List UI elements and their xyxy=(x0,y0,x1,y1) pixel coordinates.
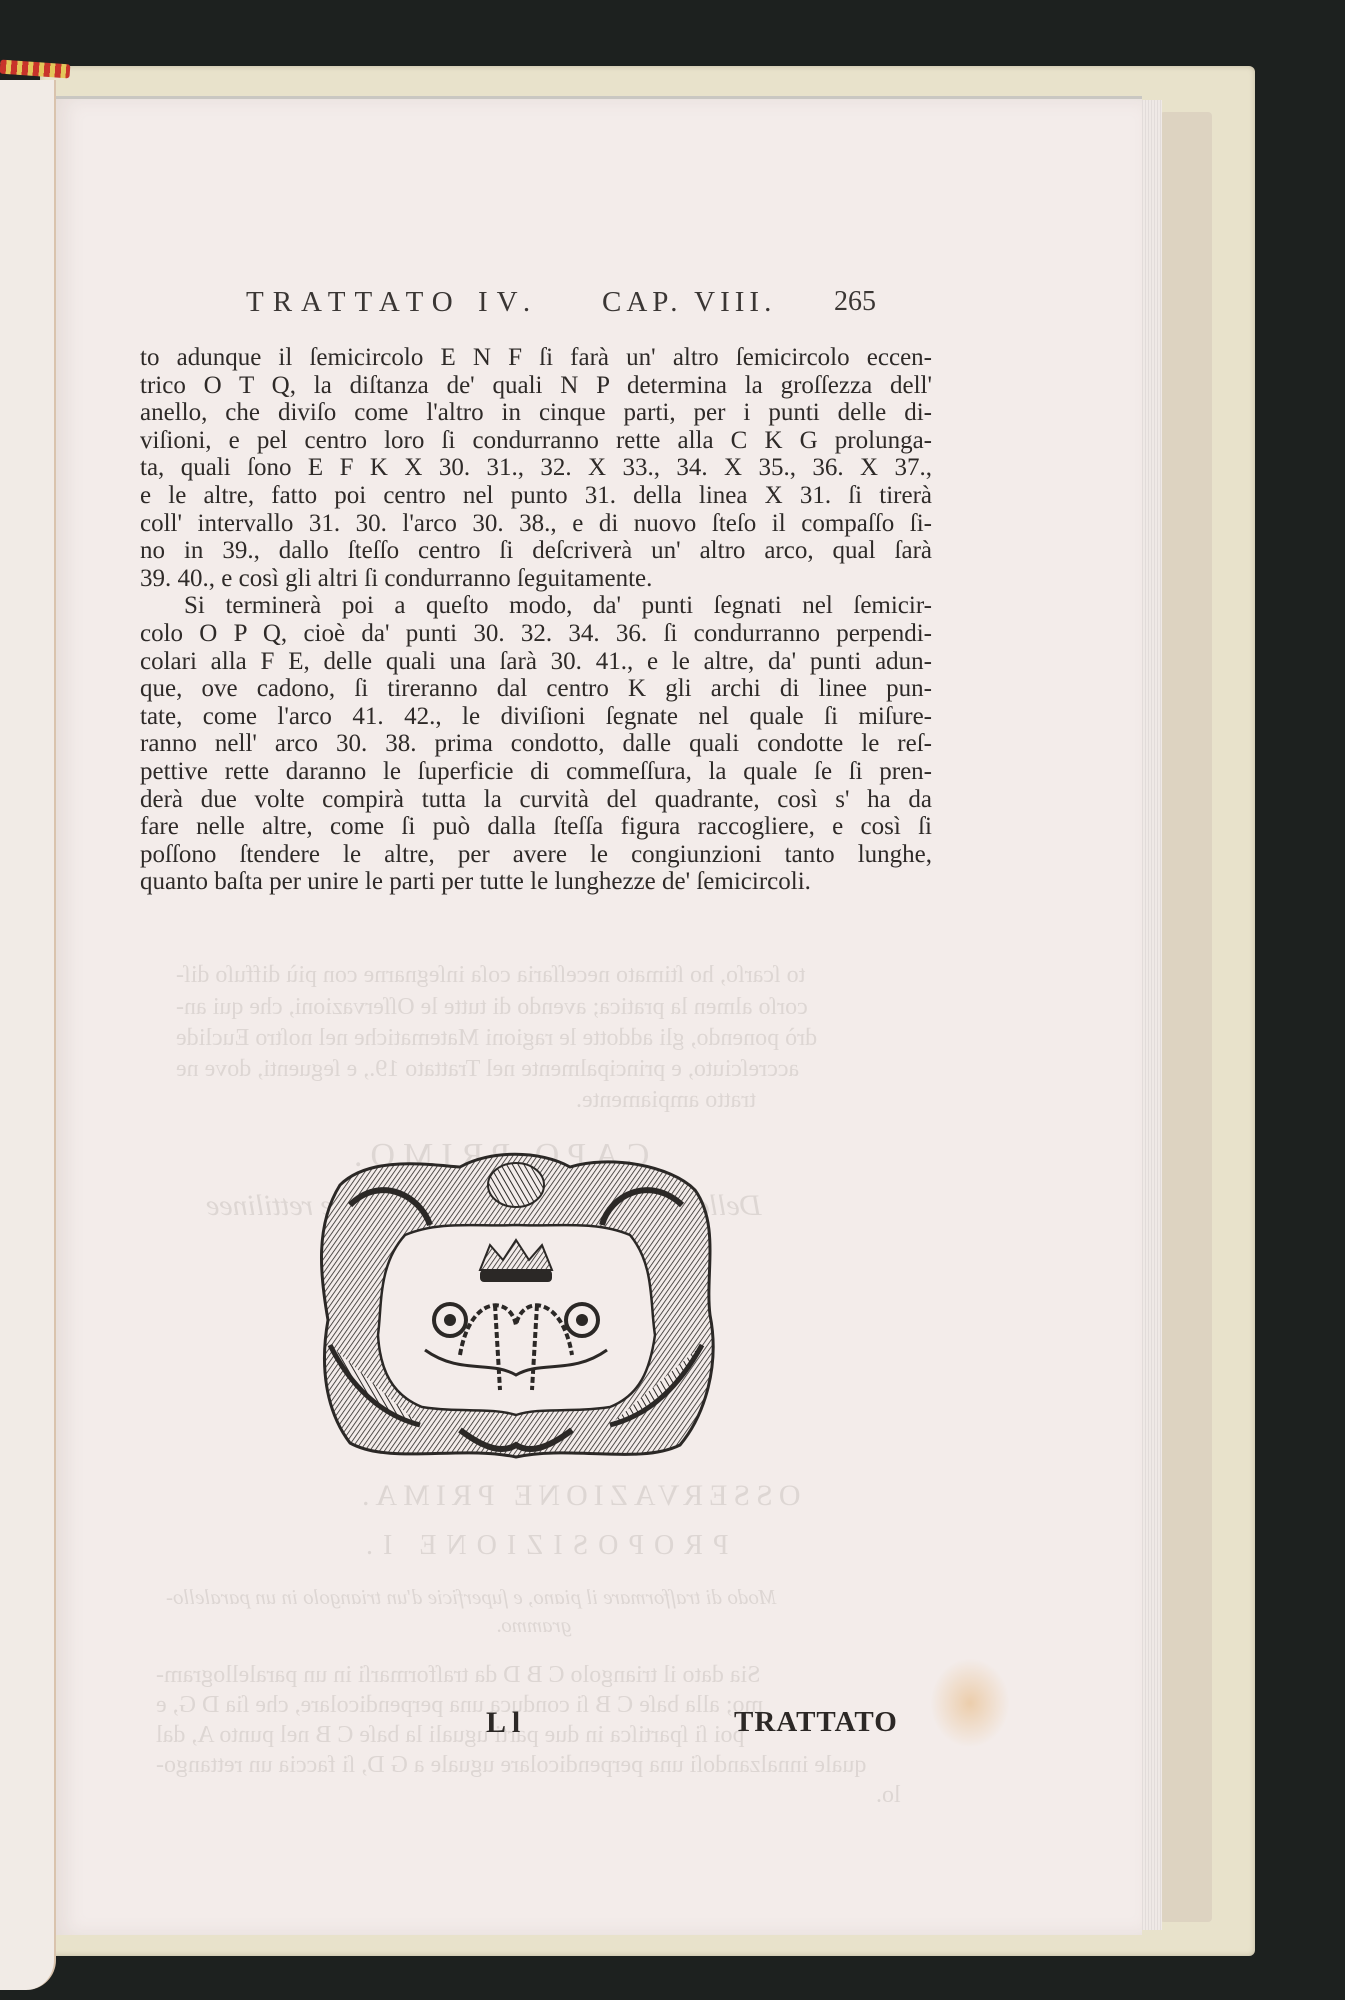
bleed-through-text: grammo. xyxy=(496,1579,592,1672)
bleed-line: quale innalzandoſi una perpendicolare ug… xyxy=(156,1752,866,1778)
bleed-through-text: Modo di traſformare il piano, e ſuperfic… xyxy=(166,1551,797,1644)
text-line: Si terminerà poi a queſto modo, da' punt… xyxy=(140,592,932,620)
bleed-line: grammo. xyxy=(496,1613,571,1637)
bleed-line: lo. xyxy=(876,1782,901,1808)
text-line: ranno nell' arco 30. 38. prima condotto,… xyxy=(140,730,932,758)
bleed-through-text: to ſcarſo, ho ſtimato neceſſaria coſa in… xyxy=(176,929,829,1022)
text-line: coll' intervallo 31. 30. l'arco 30. 38.,… xyxy=(140,510,932,538)
bleed-through-text: tratto ampiamente. xyxy=(576,1054,780,1147)
bleed-line: OSSERVAZIONE PRIMA. xyxy=(356,1479,800,1512)
text-line: derà due volte compirà tutta la curvità … xyxy=(140,786,932,814)
bleed-line: tratto ampiamente. xyxy=(576,1087,756,1113)
text-line: 39. 40., e così gli altri ſi condurranno… xyxy=(140,565,932,593)
bleed-through-text: corſo almen la pratica; avendo di tutte … xyxy=(176,961,832,1054)
text-line: colo O P Q, cioè da' punti 30. 32. 34. 3… xyxy=(140,620,932,648)
text-line: e le altre, fatto poi centro nel punto 3… xyxy=(140,482,932,510)
headband xyxy=(0,60,70,79)
bleed-line: corſo almen la pratica; avendo di tutte … xyxy=(176,994,808,1020)
page-fore-edge xyxy=(1140,100,1162,1930)
bleed-line: accreſciuto, e principalmente nel Tratta… xyxy=(176,1056,799,1082)
bleed-through-text: Sia dato il triangolo C B D da traſforma… xyxy=(156,1629,785,1722)
cartouche-icon xyxy=(310,1145,722,1467)
bleed-line: poi ſi ſpartiſca in due parti uguali la … xyxy=(156,1722,745,1748)
bleed-line: Sia dato il triangolo C B D da traſforma… xyxy=(156,1662,761,1688)
engraved-vignette-ornament xyxy=(310,1145,722,1467)
bleed-through-text: mo; alla baſe C B ſi conduca una perpend… xyxy=(156,1659,787,1752)
bleed-through-text: lo. xyxy=(876,1749,925,1842)
bleed-through-text: drò ponendo, gli addotte le ragioni Mate… xyxy=(176,992,841,1085)
paper-stain xyxy=(930,1658,1010,1748)
text-line: ta, quali ſono E F K X 30. 31., 32. X 33… xyxy=(140,454,932,482)
text-line: trico O T Q, la diſtanza de' quali N P d… xyxy=(140,372,932,400)
text-line: tate, come l'arco 41. 42., le diviſioni … xyxy=(140,703,932,731)
body-text: to adunque il ſemicircolo E N F ſi farà … xyxy=(140,344,932,896)
bleed-line: Modo di traſformare il piano, e ſuperfic… xyxy=(166,1585,776,1609)
text-line: quanto baſta per unire le parti per tutt… xyxy=(140,868,932,896)
running-head: TRATTATO IV. CAP. VIII. 265 xyxy=(190,286,950,320)
running-head-chapter: CAP. VIII. xyxy=(602,286,776,319)
signature-mark: L l xyxy=(486,1706,520,1740)
running-head-title: TRATTATO IV. xyxy=(246,286,539,319)
text-line: poſſono ſtendere le altre, per avere le … xyxy=(140,841,932,869)
text-line: viſioni, e pel centro loro ſi condurrann… xyxy=(140,427,932,455)
left-page-edge xyxy=(0,80,56,1990)
bleed-line: drò ponendo, gli addotte le ragioni Mate… xyxy=(176,1025,817,1051)
text-line: que, ove cadono, ſi tireranno dal centro… xyxy=(140,675,932,703)
text-line: colari alla F E, delle quali una ſarà 30… xyxy=(140,648,932,676)
text-line: pettive rette daranno le ſuperficie di c… xyxy=(140,758,932,786)
bleed-line: to ſcarſo, ho ſtimato neceſſaria coſa in… xyxy=(176,962,805,988)
bleed-through-text: poi ſi ſpartiſca in due parti uguali la … xyxy=(156,1689,769,1782)
text-line: no in 39., dallo ſteſſo centro ſi deſcri… xyxy=(140,537,932,565)
bleed-line: PROPOSIZIONE I. xyxy=(356,1530,728,1561)
bleed-line: mo; alla baſe C B ſi conduca una perpend… xyxy=(156,1692,763,1718)
text-line: fare nelle altre, come ſi può dalla ſteſ… xyxy=(140,813,932,841)
text-line: anello, che diviſo come l'altro in cinqu… xyxy=(140,399,932,427)
bleed-through-text: accreſciuto, e principalmente nel Tratta… xyxy=(176,1023,823,1116)
bleed-through-text: PROPOSIZIONE I. xyxy=(356,1499,796,1592)
cover-turn-in xyxy=(1160,112,1212,1922)
page-number: 265 xyxy=(834,286,876,318)
text-line: to adunque il ſemicircolo E N F ſi farà … xyxy=(140,344,932,372)
catchword: TRATTATO xyxy=(734,1706,898,1739)
